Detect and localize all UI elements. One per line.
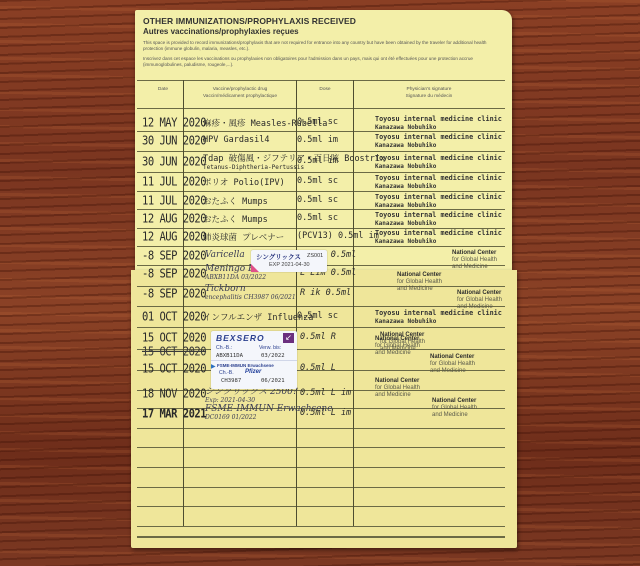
national-center-stamp: National Centerfor Global Healthand Medi…: [452, 250, 497, 271]
intro-english: This space is provided to record immuniz…: [143, 40, 503, 52]
entry-dose: (PCV13) 0.5ml im: [297, 231, 379, 241]
column-rule: [296, 80, 297, 526]
entry-date: -8 SEP 2020: [142, 287, 206, 301]
physician-stamp: Toyosu internal medicine clinicKanazawa …: [375, 134, 502, 149]
entry-date: 12 MAY 2020: [142, 116, 206, 130]
entry-date: 30 JUN 2020: [142, 134, 206, 148]
entry-date: 15 OCT 2020: [142, 331, 206, 345]
entry-date: 18 NOV 2020: [142, 387, 206, 401]
entry-vaccine: ポリオ Polio(IPV): [203, 176, 285, 188]
entry-dose: 0.5ml L: [300, 363, 336, 373]
row-rule: [137, 172, 505, 173]
entry-dose: 0.5ml sc: [297, 311, 338, 321]
national-center-stamp: National Centerfor Global Healthand Medi…: [375, 336, 420, 357]
entry-dose: 0.5ml im: [297, 156, 338, 166]
row-rule: [137, 487, 505, 488]
entry-date: 30 JUN 2020: [142, 155, 206, 169]
entry-date: 17 MAR 2021: [142, 407, 206, 421]
national-center-stamp: National Centerfor Global Healthand Medi…: [430, 354, 475, 375]
card-subtitle: Autres vaccinations/prophylaxies reçues: [143, 27, 503, 36]
row-rule: [137, 108, 505, 109]
column-header-date: Date: [142, 86, 184, 93]
row-rule: [137, 506, 505, 507]
card-title: OTHER IMMUNIZATIONS/PROPHYLAXIS RECEIVED: [143, 16, 503, 26]
entry-vaccine: おたふく Mumps: [203, 213, 268, 225]
national-center-stamp: National Centerfor Global Healthand Medi…: [375, 378, 420, 399]
entry-date: 12 AUG 2020: [142, 230, 206, 244]
entry-dose: 0.5ml im: [297, 135, 338, 145]
national-center-stamp: National Centerfor Global Healthand Medi…: [397, 272, 442, 293]
entry-vaccine: おたふく Mumps: [203, 195, 268, 207]
physician-stamp: Toyosu internal medicine clinicKanazawa …: [375, 230, 502, 245]
row-rule: [137, 306, 505, 307]
column-header-vaccine: Vaccine/prophylactic drugVaccin/médicame…: [185, 86, 295, 100]
entry-vaccine: HPV Gardasil4: [203, 135, 270, 145]
entry-date: 15 OCT 2020: [142, 362, 206, 376]
physician-stamp: Toyosu internal medicine clinicKanazawa …: [375, 194, 502, 209]
row-rule: [137, 80, 505, 81]
row-rule: [137, 526, 505, 527]
entry-vaccine: Varicella: [205, 250, 245, 260]
bexsero-fsme-label-stickers: BEXSERO ↙ Ch.-B.: Verw. bis: ABXB11DA 03…: [211, 331, 297, 389]
national-center-stamp: National Centerfor Global Healthand Medi…: [457, 290, 502, 311]
entry-dose: 0.5ml L im: [300, 408, 351, 418]
entry-dose: 0.5ml sc: [297, 117, 338, 127]
physician-stamp: Toyosu internal medicine clinicKanazawa …: [375, 212, 502, 227]
row-rule: [137, 209, 505, 210]
shingrix-label-sticker: シングリックス ZS001 EXP 2021-04-30: [251, 250, 327, 272]
table-bottom-rule: [137, 536, 505, 538]
entry-dose: 0.5ml R: [300, 332, 336, 342]
row-rule: [137, 327, 505, 328]
entry-dose: R ik 0.5ml: [300, 288, 351, 298]
entry-vaccine: 肺炎球菌 プレベナー: [203, 231, 284, 243]
entry-vaccine: Tdap 破傷風・ジフテリア・百日咳 BoostrixTetanus-Dipht…: [203, 152, 385, 171]
national-center-stamp: National Centerfor Global Healthand Medi…: [432, 398, 477, 419]
row-rule: [137, 191, 505, 192]
physician-stamp: Toyosu internal medicine clinicKanazawa …: [375, 116, 502, 131]
row-rule: [137, 467, 505, 468]
sticker-corner-mark: [251, 264, 259, 272]
physician-stamp: Toyosu internal medicine clinicKanazawa …: [375, 175, 502, 190]
arrow-badge-icon: ↙: [283, 333, 294, 343]
column-rule: [353, 80, 354, 526]
physician-stamp: Toyosu internal medicine clinicKanazawa …: [375, 310, 502, 325]
entry-date: 11 JUL 2020: [142, 194, 206, 208]
entry-dose: 0.5ml sc: [297, 195, 338, 205]
intro-french: Inscrivez dans cet espace les vaccinatio…: [143, 56, 503, 68]
play-arrow-icon: ▶: [211, 363, 216, 370]
row-rule: [137, 131, 505, 132]
entry-dose: 0.5ml L im: [300, 388, 351, 398]
row-rule: [137, 447, 505, 448]
row-rule: [137, 428, 505, 429]
entry-date: 11 JUL 2020: [142, 175, 206, 189]
row-rule: [137, 246, 505, 247]
card-header: OTHER IMMUNIZATIONS/PROPHYLAXIS RECEIVED…: [143, 16, 503, 68]
entry-date: 15 OCT 2020: [142, 345, 206, 359]
entry-date: -8 SEP 2020: [142, 267, 206, 281]
column-header-dose: Dose: [297, 86, 353, 93]
entry-date: 12 AUG 2020: [142, 212, 206, 226]
entry-dose: 0.5ml sc: [297, 176, 338, 186]
entry-date: -8 SEP 2020: [142, 249, 206, 263]
entry-vaccine: Tickbornencephalitis CH3987 06/2021: [205, 284, 296, 301]
physician-stamp: Toyosu internal medicine clinicKanazawa …: [375, 155, 502, 170]
entry-date: 01 OCT 2020: [142, 310, 206, 324]
entry-dose: 0.5ml sc: [297, 213, 338, 223]
column-header-signature: Physician's signatureSignature du médeci…: [354, 86, 504, 100]
